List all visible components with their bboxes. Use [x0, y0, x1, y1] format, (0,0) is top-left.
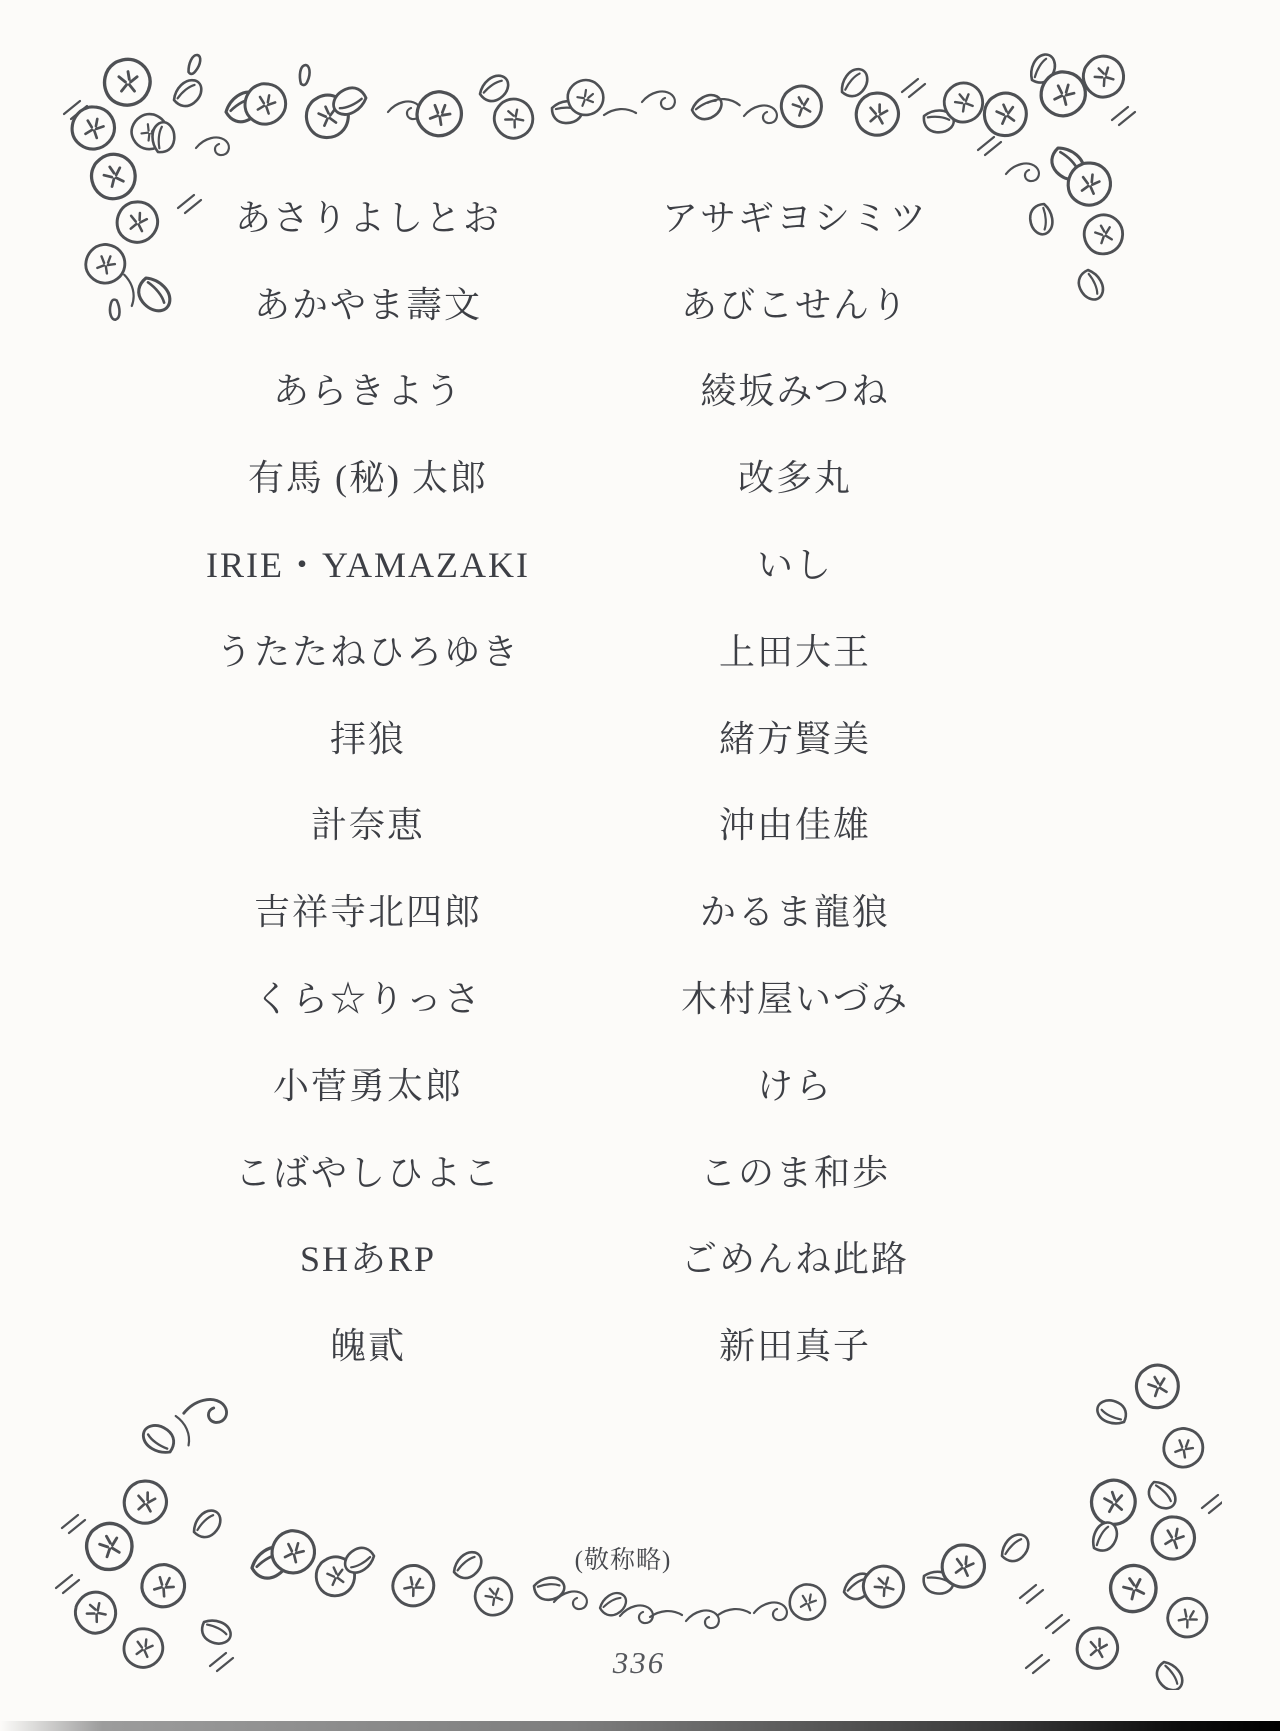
credit-name: 改多丸	[555, 432, 1035, 519]
credit-name: 有馬 (秘) 太郎	[128, 432, 608, 519]
scanned-page: あさりよしとおあかやま壽文あらきよう有馬 (秘) 太郎IRIE・YAMAZAKI…	[0, 0, 1280, 1731]
credit-name: 綾坂みつね	[555, 346, 1035, 433]
credit-name: 計奈恵	[128, 780, 608, 867]
scan-edge-shadow	[0, 1721, 1280, 1731]
page-number: 336	[0, 1645, 1278, 1681]
credit-name: 拝狼	[128, 693, 608, 780]
floral-border-bottom	[52, 1360, 1222, 1690]
credit-name: 沖由佳雄	[555, 780, 1035, 867]
credit-name: ごめんね此路	[555, 1214, 1035, 1301]
credit-name: あかやま壽文	[128, 259, 608, 346]
credits-column-right: アサギヨシミツあびこせんり綾坂みつね改多丸いし上田大王緒方賢美沖由佳雄かるま龍狼…	[555, 172, 1035, 1387]
credit-name: あさりよしとお	[128, 172, 608, 259]
credit-name: くら☆りっさ	[128, 953, 608, 1040]
credit-name: あびこせんり	[555, 259, 1035, 346]
credit-name: かるま龍狼	[555, 866, 1035, 953]
credit-name: あらきよう	[128, 346, 608, 433]
credit-name: けら	[555, 1040, 1035, 1127]
credit-name: 吉祥寺北四郎	[128, 866, 608, 953]
credits-list: あさりよしとおあかやま壽文あらきよう有馬 (秘) 太郎IRIE・YAMAZAKI…	[0, 172, 1280, 1392]
credit-name: 緒方賢美	[555, 693, 1035, 780]
credit-name: 上田大王	[555, 606, 1035, 693]
credit-name: 木村屋いづみ	[555, 953, 1035, 1040]
credit-name: こばやしひよこ	[128, 1127, 608, 1214]
credit-name: アサギヨシミツ	[555, 172, 1035, 259]
credit-name: いし	[555, 519, 1035, 606]
credit-name: SHあRP	[128, 1214, 608, 1301]
credits-column-left: あさりよしとおあかやま壽文あらきよう有馬 (秘) 太郎IRIE・YAMAZAKI…	[128, 172, 608, 1387]
credit-name: うたたねひろゆき	[128, 606, 608, 693]
credit-name: IRIE・YAMAZAKI	[128, 519, 608, 606]
credit-name: 小菅勇太郎	[128, 1040, 608, 1127]
credit-name: このま和歩	[555, 1127, 1035, 1214]
